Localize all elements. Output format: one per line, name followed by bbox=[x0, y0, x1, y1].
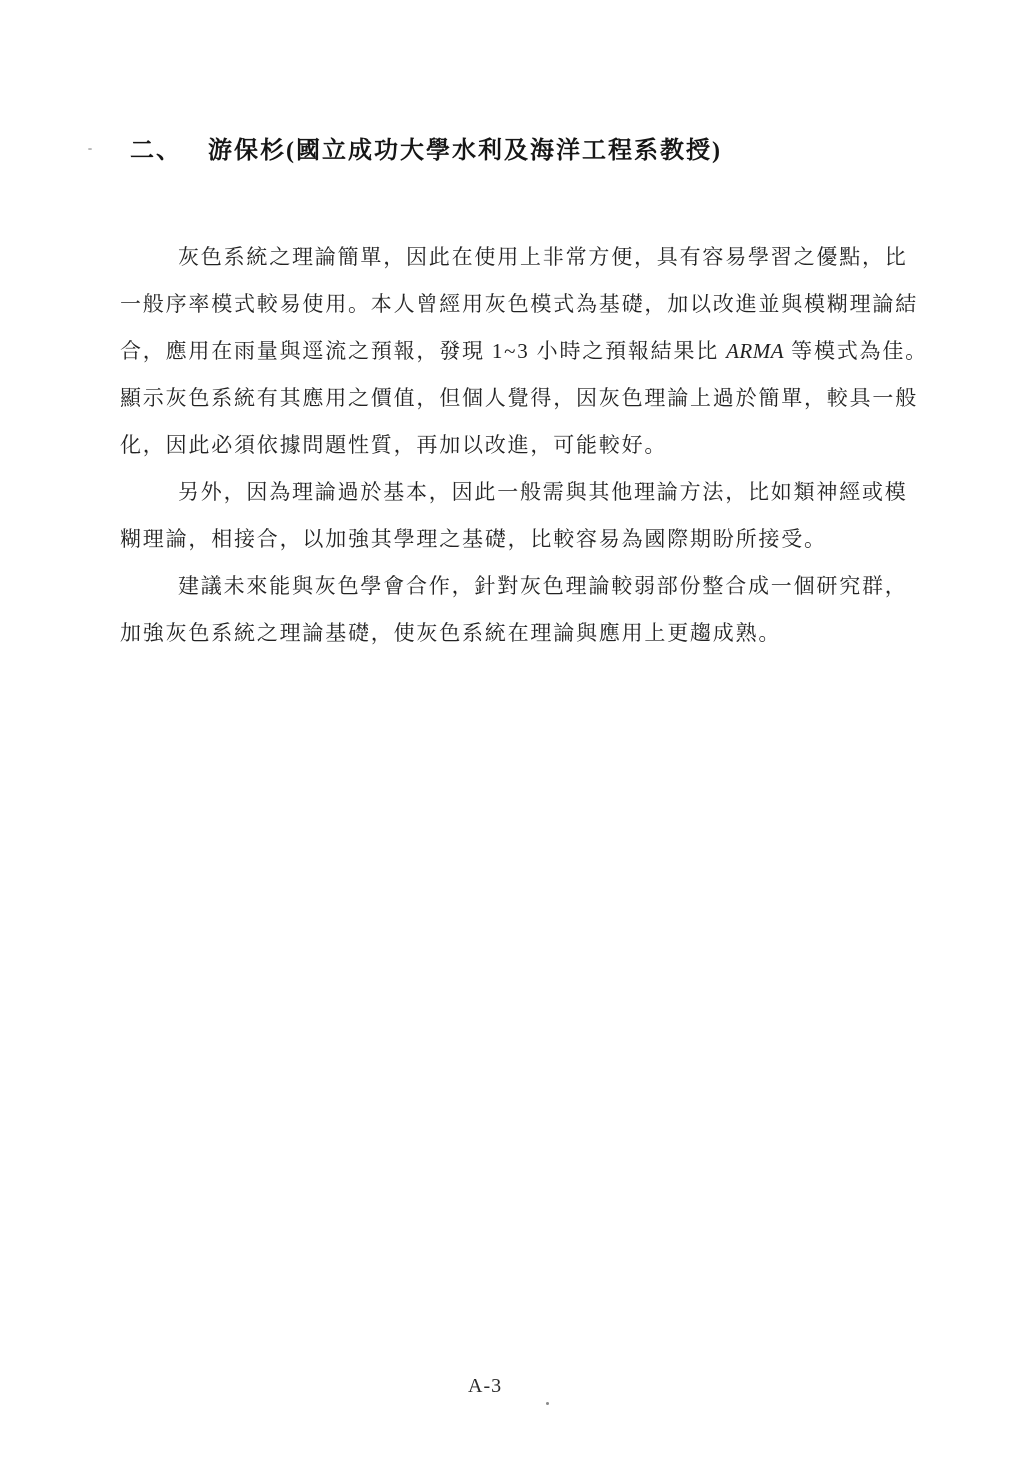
scan-speck bbox=[546, 1402, 549, 1405]
scan-speck bbox=[88, 148, 92, 150]
body-line: 加強灰色系統之理論基礎，使灰色系統在理論與應用上更趨成熟。 bbox=[120, 610, 910, 657]
arma-model-name: ARMA bbox=[726, 339, 784, 363]
section-title: 游保杉(國立成功大學水利及海洋工程系教授) bbox=[208, 138, 722, 164]
body-line: 建議未來能與灰色學會合作，針對灰色理論較弱部份整合成一個研究群， bbox=[120, 563, 910, 610]
body-line: 化，因此必須依據問題性質，再加以改進，可能較好。 bbox=[120, 422, 910, 469]
section-heading: 二、游保杉(國立成功大學水利及海洋工程系教授) bbox=[130, 130, 722, 165]
body-text: 灰色系統之理論簡單，因此在使用上非常方便，具有容易學習之優點，比 一般序率模式較… bbox=[120, 234, 910, 657]
body-line: 顯示灰色系統有其應用之價值，但個人覺得，因灰色理論上過於簡單，較具一般 bbox=[120, 375, 910, 422]
footer-page-number: A-3 bbox=[468, 1375, 502, 1398]
body-line: 灰色系統之理論簡單，因此在使用上非常方便，具有容易學習之優點，比 bbox=[120, 234, 910, 281]
body-line-segment: 合，應用在雨量與逕流之預報，發現 1~3 小時之預報結果比 bbox=[120, 339, 726, 363]
body-line: 另外，因為理論過於基本，因此一般需與其他理論方法，比如類神經或模 bbox=[120, 469, 910, 516]
body-line: 糊理論，相接合，以加強其學理之基礎，比較容易為國際期盼所接受。 bbox=[120, 516, 910, 563]
section-number: 二、 bbox=[130, 138, 182, 164]
body-line-segment: 等模式為佳。 bbox=[784, 339, 928, 363]
body-line: 一般序率模式較易使用。本人曾經用灰色模式為基礎，加以改進並與模糊理論結 bbox=[120, 281, 910, 328]
body-line: 合，應用在雨量與逕流之預報，發現 1~3 小時之預報結果比 ARMA 等模式為佳… bbox=[120, 328, 910, 375]
document-page: 二、游保杉(國立成功大學水利及海洋工程系教授) 灰色系統之理論簡單，因此在使用上… bbox=[0, 0, 1024, 1473]
